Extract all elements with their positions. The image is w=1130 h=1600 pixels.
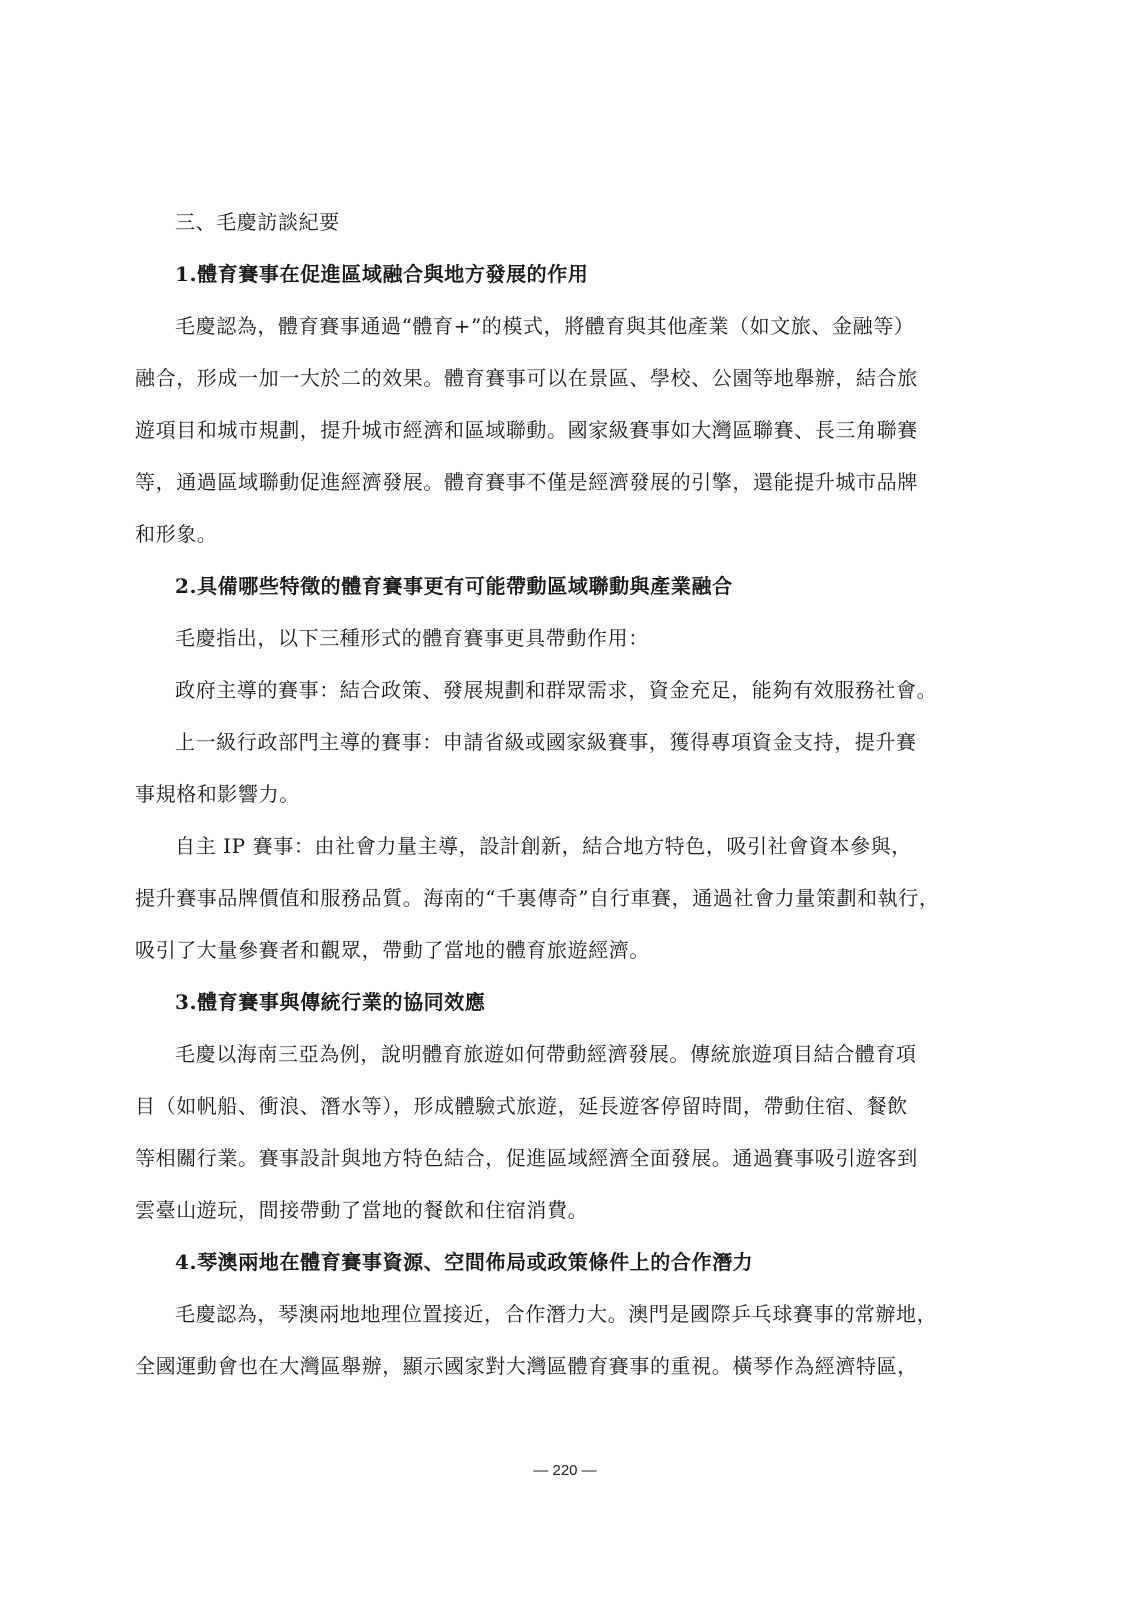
paragraph-line: 提升賽事品牌價值和服務品質。海南的“千裏傳奇”自行車賽，通過社會力量策劃和執行， — [135, 872, 975, 924]
paragraph-line: 全國運動會也在大灣區舉辦，顯示國家對大灣區體育賽事的重視。橫琴作為經濟特區， — [135, 1340, 975, 1392]
paragraph-line: 自主 IP 賽事：由社會力量主導，設計創新，結合地方特色，吸引社會資本參與， — [135, 820, 975, 872]
subsection-heading-2: 2.具備哪些特徵的體育賽事更有可能帶動區域聯動與產業融合 — [135, 560, 975, 612]
section-title: 三、毛慶訪談紀要 — [135, 196, 975, 248]
subsection-heading-3: 3.體育賽事與傳統行業的協同效應 — [135, 976, 975, 1028]
paragraph-line: 毛慶認為，琴澳兩地地理位置接近，合作潛力大。澳門是國際乒乓球賽事的常辦地， — [135, 1288, 975, 1340]
paragraph-line: 遊項目和城市規劃，提升城市經濟和區域聯動。國家級賽事如大灣區聯賽、長三角聯賽 — [135, 404, 975, 456]
paragraph-line: 政府主導的賽事：結合政策、發展規劃和群眾需求，資金充足，能夠有效服務社會。 — [135, 664, 975, 716]
paragraph-line: 等，通過區域聯動促進經濟發展。體育賽事不僅是經濟發展的引擎，還能提升城市品牌 — [135, 456, 975, 508]
subsection-heading-1: 1.體育賽事在促進區域融合與地方發展的作用 — [135, 248, 975, 300]
paragraph-line: 上一級行政部門主導的賽事：申請省級或國家級賽事，獲得專項資金支持，提升賽 — [135, 716, 975, 768]
paragraph-line: 雲臺山遊玩，間接帶動了當地的餐飲和住宿消費。 — [135, 1184, 975, 1236]
paragraph-line: 毛慶以海南三亞為例，說明體育旅遊如何帶動經濟發展。傳統旅遊項目結合體育項 — [135, 1028, 975, 1080]
paragraph-line: 目（如帆船、衝浪、潛水等），形成體驗式旅遊，延長遊客停留時間，帶動住宿、餐飲 — [135, 1080, 975, 1132]
paragraph-line: 和形象。 — [135, 508, 975, 560]
paragraph-line: 毛慶認為，體育賽事通過“體育+”的模式，將體育與其他產業（如文旅、金融等） — [135, 300, 975, 352]
subsection-heading-4: 4.琴澳兩地在體育賽事資源、空間佈局或政策條件上的合作潛力 — [135, 1236, 975, 1288]
paragraph-line: 等相關行業。賽事設計與地方特色結合，促進區域經濟全面發展。通過賽事吸引遊客到 — [135, 1132, 975, 1184]
paragraph-line: 吸引了大量參賽者和觀眾，帶動了當地的體育旅遊經濟。 — [135, 924, 975, 976]
paragraph-line: 事規格和影響力。 — [135, 768, 975, 820]
document-body: 三、毛慶訪談紀要 1.體育賽事在促進區域融合與地方發展的作用 毛慶認為，體育賽事… — [135, 196, 975, 1392]
page-number: — 220 — — [0, 1462, 1130, 1479]
paragraph-line: 融合，形成一加一大於二的效果。體育賽事可以在景區、學校、公園等地舉辦，結合旅 — [135, 352, 975, 404]
document-page: 三、毛慶訪談紀要 1.體育賽事在促進區域融合與地方發展的作用 毛慶認為，體育賽事… — [0, 0, 1130, 1600]
paragraph-line: 毛慶指出，以下三種形式的體育賽事更具帶動作用： — [135, 612, 975, 664]
